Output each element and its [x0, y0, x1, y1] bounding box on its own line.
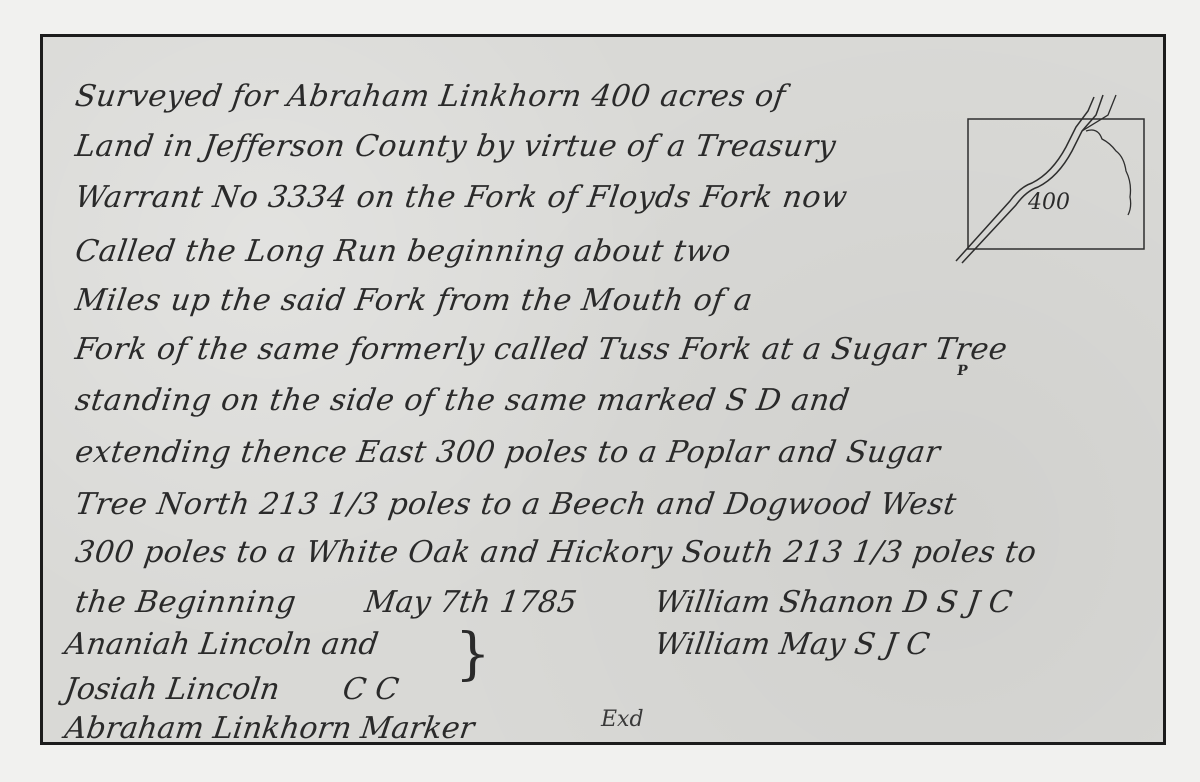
survey-line-10: 300 poles to a White Oak and Hickory Sou… [73, 535, 1039, 570]
survey-beginning: the Beginning [73, 585, 298, 620]
survey-line-11: the Beginning [73, 585, 298, 620]
survey-document: Surveyed for Abraham Linkhorn 400 acres … [40, 34, 1166, 745]
chain-carrier-2: Josiah Lincoln [63, 672, 282, 707]
survey-line-2: Land in Jefferson County by virtue of a … [73, 129, 838, 164]
plat-boundary [968, 119, 1144, 249]
recorded-mark: Exd [601, 707, 644, 732]
surveyor-signature-1: William Shanon D S J C [653, 585, 1015, 620]
survey-line-5: Miles up the said Fork from the Mouth of… [73, 283, 755, 318]
survey-date: May 7th 1785 [363, 585, 579, 620]
marker-signature: Abraham Linkhorn Marker [63, 711, 477, 745]
plat-acreage-label: 400 [1027, 190, 1070, 215]
creek-line [956, 97, 1094, 261]
survey-line-8: extending thence East 300 poles to a Pop… [73, 435, 943, 470]
survey-line-7: standing on the side of the same marked … [73, 383, 852, 418]
creek-tributary [1086, 130, 1131, 215]
brace-icon: } [455, 627, 491, 683]
chain-carrier-suffix: C C [341, 672, 401, 707]
chain-carrier-1: Ananiah Lincoln and [63, 627, 381, 662]
survey-line-9: Tree North 213 1/3 poles to a Beech and … [73, 487, 959, 522]
survey-line-3: Warrant No 3334 on the Fork of Floyds Fo… [73, 180, 850, 215]
survey-line-4: Called the Long Run beginning about two [73, 234, 733, 269]
survey-line-1: Surveyed for Abraham Linkhorn 400 acres … [73, 79, 788, 114]
mark-superscript: P [956, 363, 969, 379]
survey-line-7-text: standing on the side of the same marked … [73, 383, 852, 418]
survey-plat-diagram: 400 [948, 87, 1166, 267]
surveyor-signature-2: William May S J C [653, 627, 932, 662]
survey-line-6: Fork of the same formerly called Tuss Fo… [73, 332, 1010, 367]
